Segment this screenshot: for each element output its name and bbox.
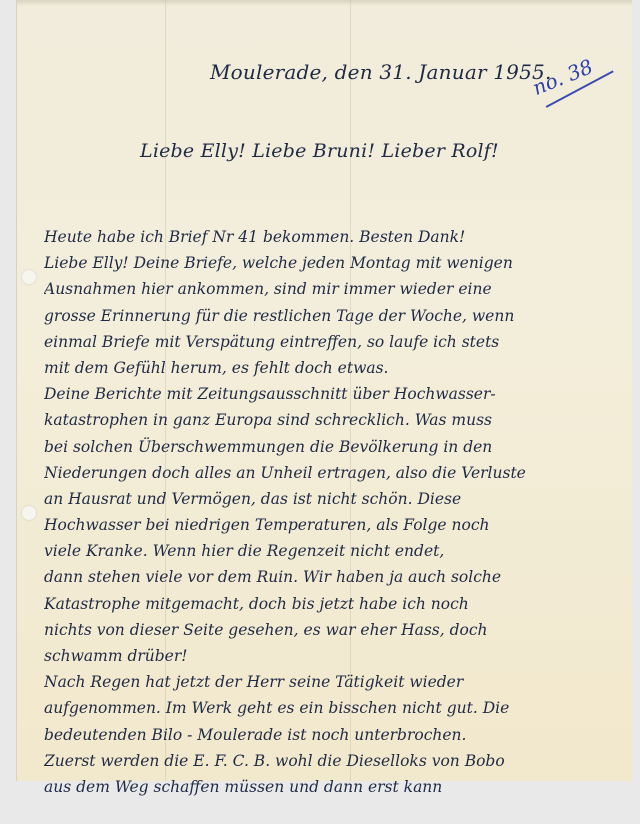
text-line: Liebe Elly! Deine Briefe, welche jeden M…	[44, 250, 624, 276]
text-line: mit dem Gefühl herum, es fehlt doch etwa…	[44, 355, 624, 381]
text-line: Deine Berichte mit Zeitungsausschnitt üb…	[44, 381, 624, 407]
text-line: aus dem Weg schaffen müssen und dann ers…	[44, 774, 624, 800]
text-line: katastrophen in ganz Europa sind schreck…	[44, 407, 624, 433]
text-line: aufgenommen. Im Werk geht es ein bissche…	[44, 695, 624, 721]
punch-hole	[22, 270, 36, 284]
punch-hole	[22, 506, 36, 520]
text-line: Ausnahmen hier ankommen, sind mir immer …	[44, 276, 624, 302]
text-line: Zuerst werden die E. F. C. B. wohl die D…	[44, 748, 624, 774]
text-line: an Hausrat und Vermögen, das ist nicht s…	[44, 486, 624, 512]
salutation: Liebe Elly! Liebe Bruni! Lieber Rolf!	[140, 140, 499, 162]
text-line: bedeutenden Bilo - Moulerade ist noch un…	[44, 722, 624, 748]
text-line: Niederungen doch alles an Unheil ertrage…	[44, 460, 624, 486]
text-line: Nach Regen hat jetzt der Herr seine Täti…	[44, 669, 624, 695]
text-line: dann stehen viele vor dem Ruin. Wir habe…	[44, 564, 624, 590]
place-date-line: Moulerade, den 31. Januar 1955.	[210, 60, 552, 84]
text-line: einmal Briefe mit Verspätung eintreffen,…	[44, 329, 624, 355]
text-line: Katastrophe mitgemacht, doch bis jetzt h…	[44, 591, 624, 617]
text-line: bei solchen Überschwemmungen die Bevölke…	[44, 434, 624, 460]
text-line: grosse Erinnerung für die restlichen Tag…	[44, 303, 624, 329]
text-line: Hochwasser bei niedrigen Temperaturen, a…	[44, 512, 624, 538]
text-line: Heute habe ich Brief Nr 41 bekommen. Bes…	[44, 224, 624, 250]
text-line: schwamm drüber!	[44, 643, 624, 669]
letter-body: Heute habe ich Brief Nr 41 bekommen. Bes…	[44, 224, 624, 800]
text-line: nichts von dieser Seite gesehen, es war …	[44, 617, 624, 643]
text-line: viele Kranke. Wenn hier die Regenzeit ni…	[44, 538, 624, 564]
